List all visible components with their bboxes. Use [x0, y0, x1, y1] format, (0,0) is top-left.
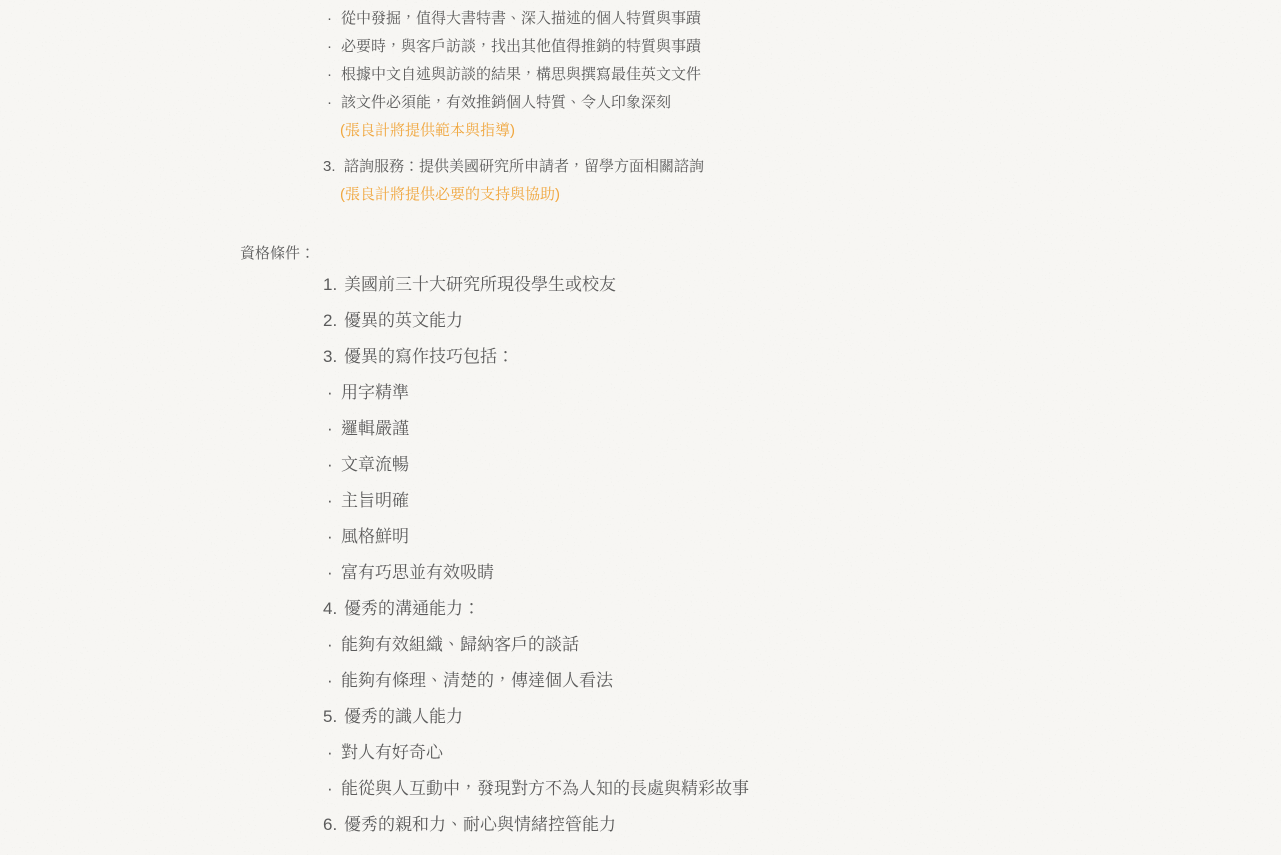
- list-item-text: 根據中文自述與訪談的結果，構思與撰寫最佳英文文件: [341, 61, 701, 89]
- list-item-text: 優異的寫作技巧包括：: [344, 339, 514, 375]
- list-item: 3. 優異的寫作技巧包括：: [323, 339, 749, 375]
- bullet-icon: ·: [323, 519, 341, 555]
- list-item: · 主旨明確: [323, 483, 749, 519]
- bullet-icon: ·: [323, 33, 341, 61]
- bullet-icon: ·: [323, 447, 341, 483]
- list-item-text: 必要時，與客戶訪談，找出其他值得推銷的特質與事蹟: [341, 33, 701, 61]
- provider-note: (張良計將提供必要的支持與協助): [340, 181, 704, 209]
- bullet-icon: ·: [323, 735, 341, 771]
- list-item-text: 對人有好奇心: [341, 735, 443, 771]
- bullet-icon: ·: [323, 663, 341, 699]
- bullet-icon: ·: [323, 627, 341, 663]
- list-item: · 邏輯嚴謹: [323, 411, 749, 447]
- bullet-icon: ·: [323, 61, 341, 89]
- list-number: 5.: [323, 699, 344, 735]
- list-item-text: 風格鮮明: [341, 519, 409, 555]
- job-posting-content: · 從中發掘，值得大書特書、深入描述的個人特質與事蹟 · 必要時，與客戶訪談，找…: [0, 0, 1281, 855]
- list-item: 5. 優秀的識人能力: [323, 699, 749, 735]
- list-item: 4. 優秀的溝通能力：: [323, 591, 749, 627]
- list-item: · 能從與人互動中，發現對方不為人知的長處與精彩故事: [323, 771, 749, 807]
- list-item-text: 該文件必須能，有效推銷個人特質、令人印象深刻: [341, 89, 671, 117]
- bullet-icon: ·: [323, 89, 341, 117]
- list-item-text: 優異的英文能力: [344, 303, 463, 339]
- list-number: 3.: [323, 339, 344, 375]
- list-item-text: 文章流暢: [341, 447, 409, 483]
- list-item-text: 主旨明確: [341, 483, 409, 519]
- page-background: · 從中發掘，值得大書特書、深入描述的個人特質與事蹟 · 必要時，與客戶訪談，找…: [0, 0, 1281, 855]
- qualifications-section: 1. 美國前三十大研究所現役學生或校友 2. 優異的英文能力 3. 優異的寫作技…: [323, 267, 749, 843]
- provider-note: (張良計將提供範本與指導): [340, 117, 704, 145]
- list-item-text: 從中發掘，值得大書特書、深入描述的個人特質與事蹟: [341, 5, 701, 33]
- bullet-icon: ·: [323, 483, 341, 519]
- section-heading: 資格條件：: [240, 240, 315, 268]
- list-number: 1.: [323, 267, 344, 303]
- list-number: 6.: [323, 807, 344, 843]
- list-item: · 文章流暢: [323, 447, 749, 483]
- list-item: · 風格鮮明: [323, 519, 749, 555]
- list-item-text: 富有巧思並有效吸睛: [341, 555, 494, 591]
- list-item-text: 邏輯嚴謹: [341, 411, 409, 447]
- list-item: · 能夠有效組織、歸納客戶的談話: [323, 627, 749, 663]
- bullet-icon: ·: [323, 375, 341, 411]
- bullet-icon: ·: [323, 5, 341, 33]
- list-item: 6. 優秀的親和力、耐心與情緒控管能力: [323, 807, 749, 843]
- list-item-text: 優秀的親和力、耐心與情緒控管能力: [344, 807, 616, 843]
- list-item: · 該文件必須能，有效推銷個人特質、令人印象深刻: [323, 89, 704, 117]
- list-item-text: 能從與人互動中，發現對方不為人知的長處與精彩故事: [341, 771, 749, 807]
- list-item-text: 用字精準: [341, 375, 409, 411]
- bullet-icon: ·: [323, 771, 341, 807]
- list-item: · 必要時，與客戶訪談，找出其他值得推銷的特質與事蹟: [323, 33, 704, 61]
- list-item: · 從中發掘，值得大書特書、深入描述的個人特質與事蹟: [323, 5, 704, 33]
- bullet-icon: ·: [323, 555, 341, 591]
- list-number: 4.: [323, 591, 344, 627]
- list-number: 3.: [323, 153, 344, 181]
- list-item-text: 諮詢服務：提供美國研究所申請者，留學方面相關諮詢: [344, 153, 704, 181]
- list-item: · 能夠有條理、清楚的，傳達個人看法: [323, 663, 749, 699]
- list-item-text: 能夠有條理、清楚的，傳達個人看法: [341, 663, 613, 699]
- list-number: 2.: [323, 303, 344, 339]
- services-section: · 從中發掘，值得大書特書、深入描述的個人特質與事蹟 · 必要時，與客戶訪談，找…: [323, 5, 704, 209]
- list-item-text: 優秀的識人能力: [344, 699, 463, 735]
- list-item-text: 優秀的溝通能力：: [344, 591, 480, 627]
- list-item: 3. 諮詢服務：提供美國研究所申請者，留學方面相關諮詢: [323, 153, 704, 181]
- list-item: 2. 優異的英文能力: [323, 303, 749, 339]
- list-item: 1. 美國前三十大研究所現役學生或校友: [323, 267, 749, 303]
- list-item: · 富有巧思並有效吸睛: [323, 555, 749, 591]
- list-item-text: 能夠有效組織、歸納客戶的談話: [341, 627, 579, 663]
- list-item: · 用字精準: [323, 375, 749, 411]
- bullet-icon: ·: [323, 411, 341, 447]
- list-item: · 根據中文自述與訪談的結果，構思與撰寫最佳英文文件: [323, 61, 704, 89]
- list-item-text: 美國前三十大研究所現役學生或校友: [344, 267, 616, 303]
- list-item: · 對人有好奇心: [323, 735, 749, 771]
